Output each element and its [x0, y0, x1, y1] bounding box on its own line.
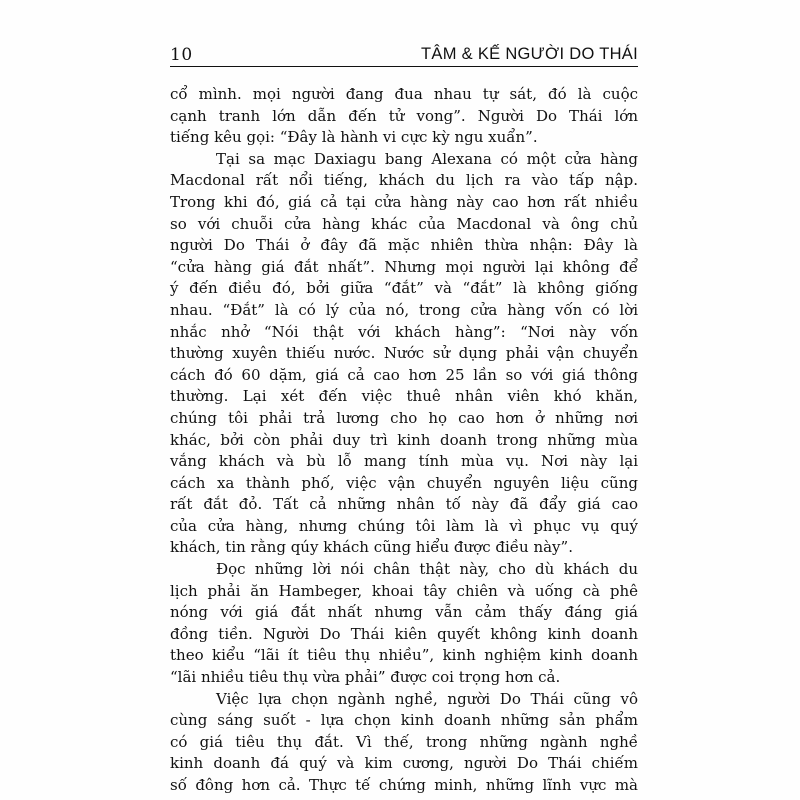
text-line: chúng tôi phải trả lương cho họ cao hơn … — [170, 408, 638, 430]
text-line: Trong khi đó, giá cả tại cửa hàng này ca… — [170, 192, 638, 214]
text-line: của cửa hàng, nhưng chúng tôi làm là vì … — [170, 516, 638, 538]
paragraph: cổ mình. mọi người đang đua nhau tự sát,… — [170, 84, 638, 149]
text-line: vắng khách và bù lỗ mang tính mùa vụ. Nơ… — [170, 451, 638, 473]
text-line: so với chuỗi cửa hàng khác của Macdonal … — [170, 214, 638, 236]
text-line: nóng với giá đắt nhất nhưng vẫn cảm thấy… — [170, 602, 638, 624]
text-line: nhau. “Đắt” là có lý của nó, trong cửa h… — [170, 300, 638, 322]
text-line: khác, bởi còn phải duy trì kinh doanh tr… — [170, 430, 638, 452]
page-header: 10 TÂM & KẾ NGƯỜI DO THÁI — [170, 40, 638, 67]
running-title: TÂM & KẾ NGƯỜI DO THÁI — [421, 45, 638, 64]
text-line: theo kiểu “lãi ít tiêu thụ nhiều”, kinh … — [170, 645, 638, 667]
text-line: cổ mình. mọi người đang đua nhau tự sát,… — [170, 84, 638, 106]
text-line: lịch phải ăn Hambeger, khoai tây chiên v… — [170, 581, 638, 603]
text-line: “cửa hàng giá đắt nhất”. Nhưng mọi người… — [170, 257, 638, 279]
text-line: người Do Thái ở đây đã mặc nhiên thừa nh… — [170, 235, 638, 257]
text-line: đồng tiền. Người Do Thái kiên quyết khôn… — [170, 624, 638, 646]
text-line: số đông hơn cả. Thực tế chứng minh, nhữn… — [170, 775, 638, 797]
text-line: nhắc nhở “Nói thật với khách hàng”: “Nơi… — [170, 322, 638, 344]
text-line: thường xuyên thiếu nước. Nước sử dụng ph… — [170, 343, 638, 365]
page-number: 10 — [170, 45, 193, 65]
paragraph: Đọc những lời nói chân thật này, cho dù … — [170, 559, 638, 689]
text-line: Việc lựa chọn ngành nghề, người Do Thái … — [170, 689, 638, 711]
text-line: kinh doanh đá quý và kim cương, người Do… — [170, 753, 638, 775]
text-line: cách đó 60 dặm, giá cả cao hơn 25 lần so… — [170, 365, 638, 387]
text-line: Đọc những lời nói chân thật này, cho dù … — [170, 559, 638, 581]
text-line: có giá tiêu thụ đắt. Vì thế, trong những… — [170, 732, 638, 754]
body-text: cổ mình. mọi người đang đua nhau tự sát,… — [170, 84, 638, 797]
text-line: khách, tin rằng qúy khách cũng hiểu được… — [170, 537, 638, 559]
text-line: thường. Lại xét đến việc thuê nhân viên … — [170, 386, 638, 408]
paragraph: Tại sa mạc Daxiagu bang Alexana có một c… — [170, 149, 638, 559]
text-line: tiếng kêu gọi: “Đây là hành vi cực kỳ ng… — [170, 127, 638, 149]
text-line: “lãi nhiều tiêu thụ vừa phải” được coi t… — [170, 667, 638, 689]
text-line: cùng sáng suốt - lựa chọn kinh doanh nhữ… — [170, 710, 638, 732]
text-line: Tại sa mạc Daxiagu bang Alexana có một c… — [170, 149, 638, 171]
text-line: cách xa thành phố, việc vận chuyển nguyê… — [170, 473, 638, 495]
text-line: cạnh tranh lớn dẫn đến tử vong”. Người D… — [170, 106, 638, 128]
book-page: 10 TÂM & KẾ NGƯỜI DO THÁI cổ mình. mọi n… — [0, 0, 800, 800]
text-line: ý đến điều đó, bởi giữa “đắt” và “đắt” l… — [170, 278, 638, 300]
paragraph: Việc lựa chọn ngành nghề, người Do Thái … — [170, 689, 638, 797]
text-line: rất đắt đỏ. Tất cả những nhân tố này đã … — [170, 494, 638, 516]
text-line: Macdonal rất nổi tiếng, khách du lịch ra… — [170, 170, 638, 192]
